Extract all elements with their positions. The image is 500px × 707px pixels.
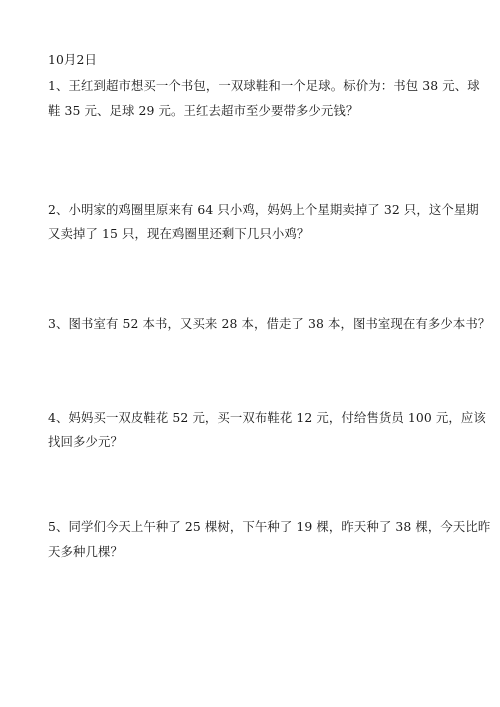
question-5-line-2: 天多种几棵？ xyxy=(48,544,448,560)
question-1-line-2: 鞋 35 元、足球 29 元。王红去超市至少要带多少元钱？ xyxy=(48,103,448,119)
question-2-line-1: 2、小明家的鸡圈里原来有 64 只小鸡，妈妈上个星期卖掉了 32 只，这个星期 xyxy=(48,202,448,218)
worksheet-page: 10月2日 1、王红到超市想买一个书包，一双球鞋和一个足球。标价为：书包 38 … xyxy=(0,0,500,707)
question-5-line-1: 5、同学们今天上午种了 25 棵树，下午种了 19 棵，昨天种了 38 棵，今天… xyxy=(48,519,448,535)
question-1-line-1: 1、王红到超市想买一个书包，一双球鞋和一个足球。标价为：书包 38 元、球 xyxy=(48,78,448,94)
question-2-line-2: 又卖掉了 15 只，现在鸡圈里还剩下几只小鸡？ xyxy=(48,226,448,242)
question-4-line-2: 找回多少元？ xyxy=(48,434,448,450)
question-3-line-1: 3、图书室有 52 本书，又买来 28 本，借走了 38 本，图书室现在有多少本… xyxy=(48,316,448,332)
worksheet-date: 10月2日 xyxy=(48,52,448,68)
question-4-line-1: 4、妈妈买一双皮鞋花 52 元，买一双布鞋花 12 元，付给售货员 100 元，… xyxy=(48,410,448,426)
